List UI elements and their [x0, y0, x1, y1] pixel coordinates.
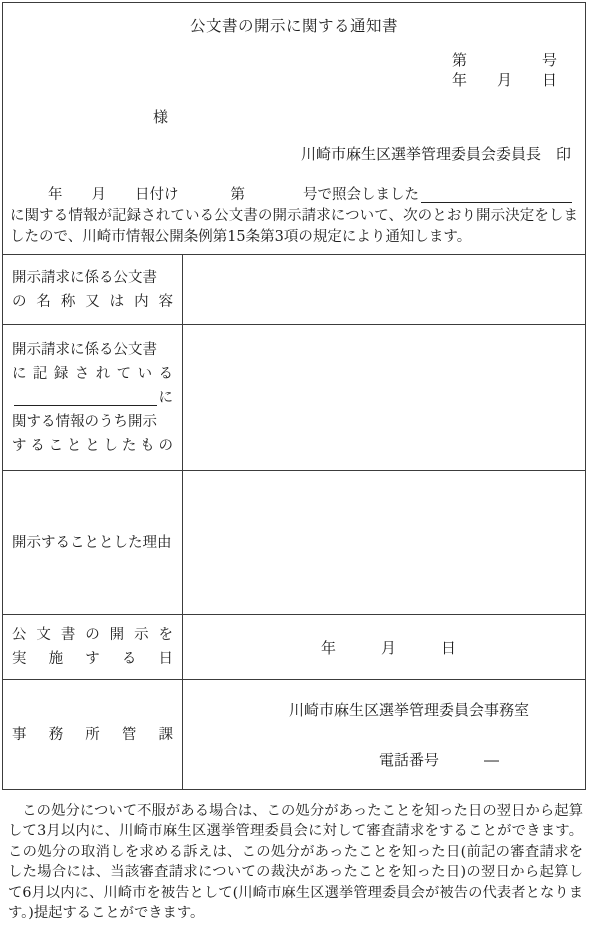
blank-underline	[14, 405, 157, 406]
addressee-label: 様	[153, 107, 585, 127]
inquiry-number-suffix: 号で照会しました	[303, 185, 419, 206]
row-label: 開示することとした理由	[3, 471, 183, 614]
disclosure-table: 開示請求に係る公文書 の名称又は内容 開示請求に係る公文書 に記録されている に…	[3, 254, 585, 789]
row-label: 公文書の開示を 実施する日	[3, 615, 183, 679]
office-contact: 川崎市麻生区選挙管理委員会事務室 電話番号 ―	[183, 680, 585, 789]
notice-document-page: 公文書の開示に関する通知書 第 号 年 月 日 様 川崎市麻生区選挙管理委員会委…	[0, 0, 591, 925]
row-label: 事務所管課	[3, 680, 183, 789]
label-line: 開示請求に係る公文書	[12, 266, 173, 290]
inquiry-number-prefix: 第	[231, 185, 246, 206]
table-row-disclosed-information: 開示請求に係る公文書 に記録されている に 関する情報のうち開示 することとした…	[3, 325, 585, 471]
table-row-disclosure-date: 公文書の開示を 実施する日 年 月 日	[3, 615, 585, 680]
label-line: 事務所管課	[12, 723, 173, 747]
row-label: 開示請求に係る公文書 に記録されている に 関する情報のうち開示 することとした…	[3, 325, 183, 470]
inquiry-date-blanks: 年 月 日付け	[48, 185, 179, 206]
label-line: することとしたもの	[12, 434, 173, 458]
row-value-empty	[183, 325, 585, 470]
row-value: 川崎市麻生区選挙管理委員会事務室 電話番号 ―	[183, 680, 585, 789]
form-header: 公文書の開示に関する通知書 第 号 年 月 日 様 川崎市麻生区選挙管理委員会委…	[3, 3, 585, 254]
label-line: 開示することとした理由	[12, 531, 173, 555]
table-row-office-in-charge: 事務所管課 川崎市麻生区選挙管理委員会事務室 電話番号 ―	[3, 680, 585, 789]
row-value-empty	[183, 471, 585, 614]
doc-number: 第 号	[3, 50, 585, 70]
intro-body-text: に関する情報が記録されている公文書の開示請求について、次のとおり開示決定をしまし…	[10, 206, 578, 248]
appeal-instructions: この処分について不服がある場合は、この処分があったことを知った日の翌日から起算し…	[8, 801, 583, 923]
table-row-disclosure-reason: 開示することとした理由	[3, 471, 585, 615]
page-title: 公文書の開示に関する通知書	[3, 3, 585, 36]
blank-underline	[421, 202, 572, 203]
office-phone: 電話番号 ―	[379, 749, 585, 770]
label-line: 開示請求に係る公文書	[12, 338, 173, 362]
row-label: 開示請求に係る公文書 の名称又は内容	[3, 255, 183, 324]
issuer-title-seal: 川崎市麻生区選挙管理委員会委員長 印	[3, 144, 585, 164]
intro-paragraph: 年 月 日付け 第 号で照会しました に関する情報が記録されている公文書の開示請…	[3, 185, 585, 248]
table-row-document-name: 開示請求に係る公文書 の名称又は内容	[3, 255, 585, 325]
office-name: 川崎市麻生区選挙管理委員会事務室	[289, 699, 585, 720]
disclosure-date-blanks: 年 月 日	[183, 615, 585, 679]
label-line: に記録されている	[12, 362, 173, 386]
intro-line-reference: 年 月 日付け 第 号で照会しました	[10, 185, 578, 206]
label-line: 関する情報のうち開示	[12, 410, 173, 434]
row-value: 年 月 日	[183, 615, 585, 679]
issue-date: 年 月 日	[3, 70, 585, 90]
form-frame: 公文書の開示に関する通知書 第 号 年 月 日 様 川崎市麻生区選挙管理委員会委…	[2, 2, 586, 790]
label-line-with-blank: に	[12, 386, 173, 410]
label-line: 実施する日	[12, 647, 173, 671]
label-line: の名称又は内容	[12, 290, 173, 314]
label-line: に	[159, 386, 174, 410]
row-value-empty	[183, 255, 585, 324]
label-line: 公文書の開示を	[12, 623, 173, 647]
